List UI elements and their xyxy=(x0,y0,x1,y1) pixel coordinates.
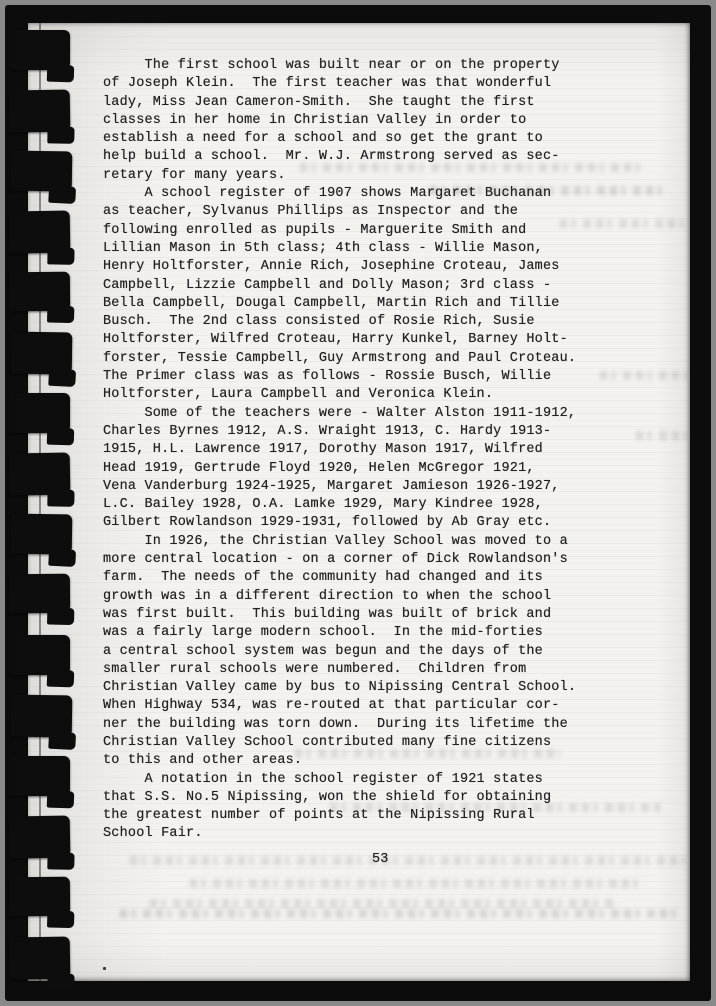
text-line: was a fairly large modern school. In the… xyxy=(103,624,663,642)
text-line: L.C. Bailey 1928, O.A. Lamke 1929, Mary … xyxy=(103,496,663,514)
text-line: more central location - on a corner of D… xyxy=(103,551,663,569)
stray-ink-mark xyxy=(103,967,106,970)
paragraph: The first school was built near or on th… xyxy=(103,57,663,185)
text-line: The Primer class was as follows - Rossie… xyxy=(103,368,663,386)
text-line: Christian Valley School contributed many… xyxy=(103,734,663,752)
text-line: following enrolled as pupils - Marguerit… xyxy=(103,222,663,240)
scan-background: The first school was built near or on th… xyxy=(5,5,711,1001)
text-line: Bella Campbell, Dougal Campbell, Martin … xyxy=(103,295,663,313)
binding-spine-line xyxy=(39,23,41,981)
text-line: ner the building was torn down. During i… xyxy=(103,716,663,734)
bleedthrough-artifact xyxy=(150,899,618,908)
text-line: a central school system was begun and th… xyxy=(103,643,663,661)
text-line: When Highway 534, was re-routed at that … xyxy=(103,697,663,715)
text-line: smaller rural schools were numbered. Chi… xyxy=(103,661,663,679)
text-line: forster, Tessie Campbell, Guy Armstrong … xyxy=(103,350,663,368)
text-line: as teacher, Sylvanus Phillips as Inspect… xyxy=(103,203,663,221)
page-text: The first school was built near or on th… xyxy=(103,57,663,869)
text-line: help build a school. Mr. W.J. Armstrong … xyxy=(103,148,663,166)
text-line: Gilbert Rowlandson 1929-1931, followed b… xyxy=(103,514,663,532)
page-number: 53 xyxy=(103,851,663,869)
text-line: that S.S. No.5 Nipissing, won the shield… xyxy=(103,789,663,807)
text-line: Henry Holtforster, Annie Rich, Josephine… xyxy=(103,258,663,276)
bleedthrough-artifact xyxy=(190,879,638,888)
text-line: Holtforster, Laura Campbell and Veronica… xyxy=(103,386,663,404)
text-line: Vena Vanderburg 1924-1925, Margaret Jami… xyxy=(103,478,663,496)
text-line: growth was in a different direction to w… xyxy=(103,588,663,606)
bleedthrough-artifact xyxy=(120,909,678,918)
text-line: School Fair. xyxy=(103,825,663,843)
text-line: lady, Miss Jean Cameron-Smith. She taugh… xyxy=(103,94,663,112)
paragraph: Some of the teachers were - Walter Alsto… xyxy=(103,405,663,533)
text-line: Campbell, Lizzie Campbell and Dolly Maso… xyxy=(103,277,663,295)
scanned-book-page: The first school was built near or on th… xyxy=(0,0,716,1006)
book-page: The first school was built near or on th… xyxy=(28,23,690,981)
text-line: The first school was built near or on th… xyxy=(103,57,663,75)
text-line: Some of the teachers were - Walter Alsto… xyxy=(103,405,663,423)
text-line: Head 1919, Gertrude Floyd 1920, Helen Mc… xyxy=(103,460,663,478)
text-line: A school register of 1907 shows Margaret… xyxy=(103,185,663,203)
text-line: Charles Byrnes 1912, A.S. Wraight 1913, … xyxy=(103,423,663,441)
text-line: Holtforster, Wilfred Croteau, Harry Kunk… xyxy=(103,331,663,349)
text-line: was first built. This building was built… xyxy=(103,606,663,624)
text-line: the greatest number of points at the Nip… xyxy=(103,807,663,825)
text-line: 1915, H.L. Lawrence 1917, Dorothy Mason … xyxy=(103,441,663,459)
text-line: of Joseph Klein. The first teacher was t… xyxy=(103,75,663,93)
text-line: In 1926, the Christian Valley School was… xyxy=(103,533,663,551)
text-line: Christian Valley came by bus to Nipissin… xyxy=(103,679,663,697)
text-line: retary for many years. xyxy=(103,167,663,185)
text-line: Lillian Mason in 5th class; 4th class - … xyxy=(103,240,663,258)
paragraph: A school register of 1907 shows Margaret… xyxy=(103,185,663,405)
text-line: farm. The needs of the community had cha… xyxy=(103,569,663,587)
text-line: establish a need for a school and so get… xyxy=(103,130,663,148)
text-line: Busch. The 2nd class consisted of Rosie … xyxy=(103,313,663,331)
text-line: to this and other areas. xyxy=(103,752,663,770)
paragraph: In 1926, the Christian Valley School was… xyxy=(103,533,663,771)
text-line: A notation in the school register of 192… xyxy=(103,771,663,789)
text-line: classes in her home in Christian Valley … xyxy=(103,112,663,130)
paragraph: A notation in the school register of 192… xyxy=(103,771,663,844)
